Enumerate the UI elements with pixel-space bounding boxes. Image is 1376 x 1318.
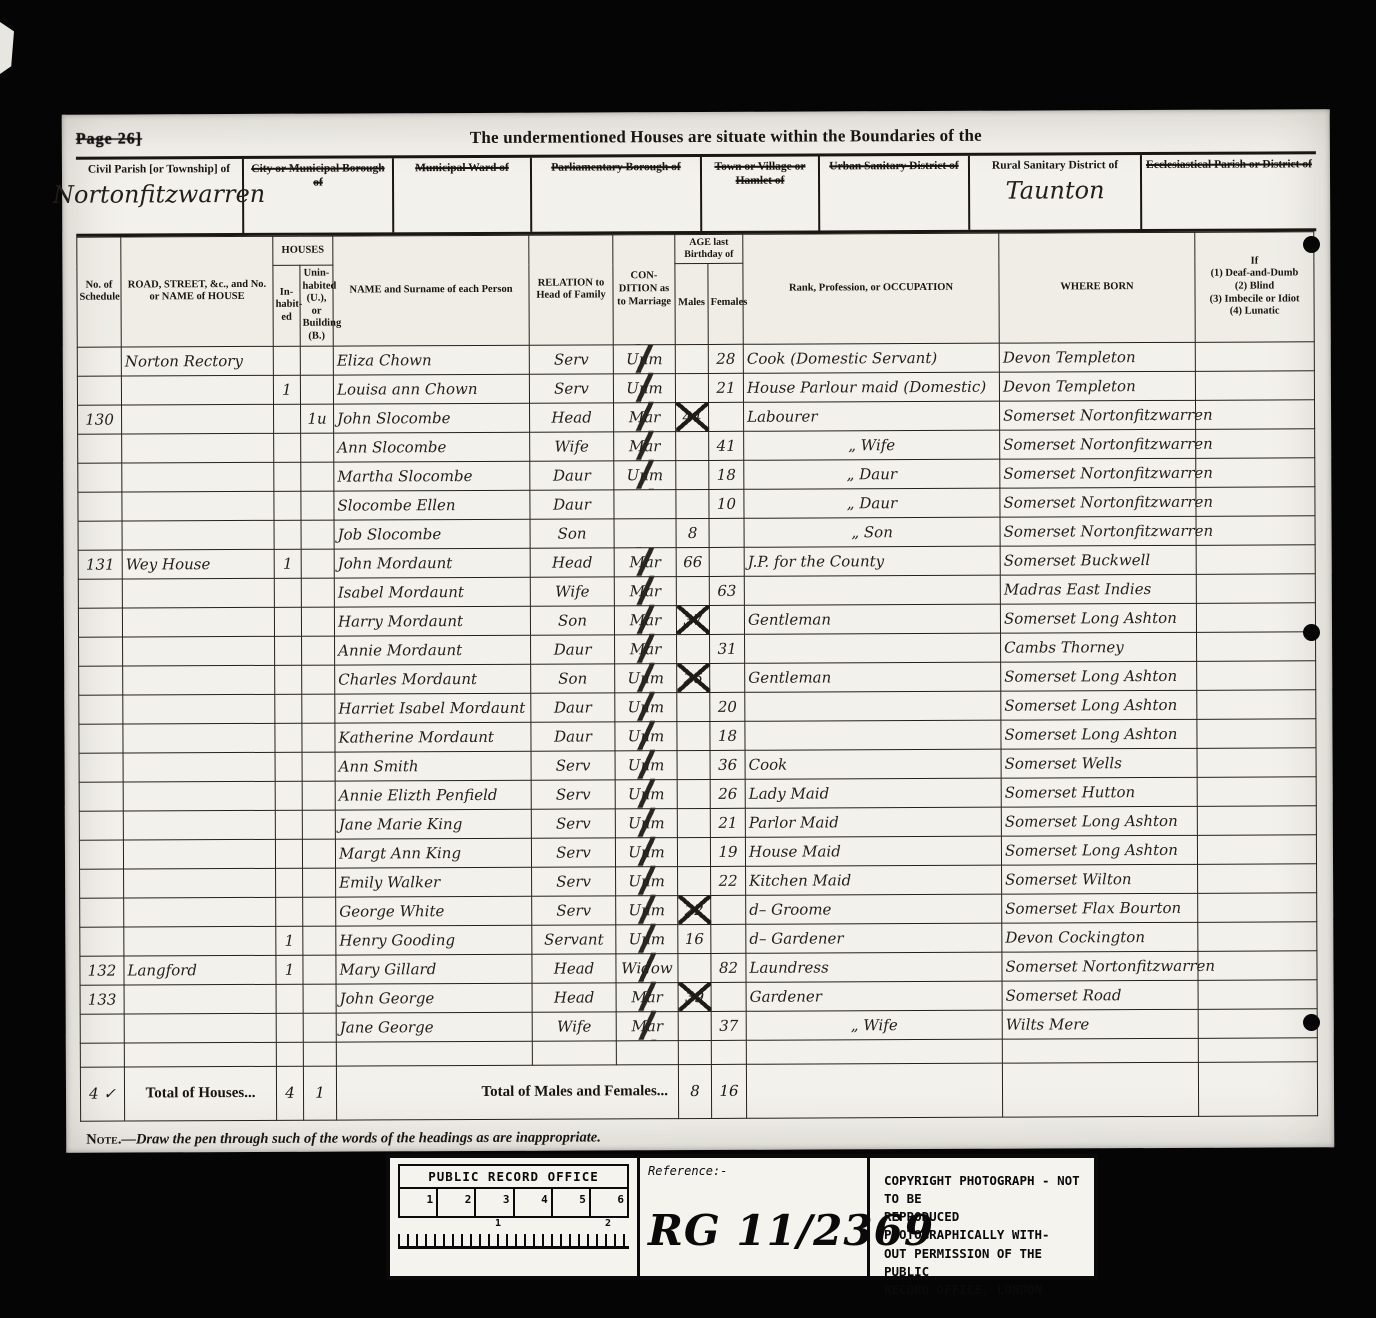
cell-age-male [677, 837, 710, 866]
field-rural-sanitary-value: Taunton [1006, 177, 1105, 205]
cell-condition: Mar [615, 634, 677, 663]
cell-uninhabited [303, 955, 336, 984]
cell-age-male [675, 373, 708, 402]
cell-uninhabited [303, 1013, 336, 1042]
cell-schedule [78, 579, 122, 608]
cell-where-born: Somerset Long Ashton [1000, 603, 1196, 633]
cell-age-female: 82 [711, 953, 746, 982]
census-page: Page 26] The undermentioned Houses are s… [62, 109, 1335, 1153]
cell-infirmity [1195, 370, 1314, 400]
pro-scale: 1 2 3 4 5 6 [398, 1187, 629, 1218]
field-civil-parish-value: Nortonfitzwarren [53, 180, 265, 209]
cell-age-male: 66 [676, 547, 709, 576]
cell-inhabited [275, 752, 302, 781]
cell-age-female: 63 [709, 576, 744, 605]
cell-age-male [678, 953, 711, 982]
cell-schedule [78, 492, 122, 521]
cell-name: George White [336, 896, 532, 926]
cell-infirmity [1197, 718, 1316, 748]
cell-road [122, 433, 274, 463]
cell-relation: Serv [531, 750, 615, 779]
cell-age-female: 21 [710, 808, 745, 837]
cell-condition: Unm [615, 808, 677, 837]
cell-age-female: 22 [711, 866, 746, 895]
cell-age-female: 26 [710, 779, 745, 808]
cell-road: Langford [124, 955, 276, 985]
cell-occupation: Gentleman [744, 604, 1000, 634]
cell-uninhabited [301, 433, 334, 462]
cell-relation: Serv [532, 866, 616, 895]
cell-where-born: Somerset Nortonfitzwarren [1000, 400, 1196, 430]
cell-age-male: 37 [676, 605, 709, 634]
cell-road [124, 868, 276, 898]
totals-blank [746, 1063, 1002, 1118]
cell-where-born: Devon Templeton [999, 342, 1195, 372]
cell-age-male [678, 866, 711, 895]
header-males: Males [675, 263, 708, 344]
cell-uninhabited [302, 723, 335, 752]
cell-inhabited [274, 433, 301, 462]
cell-road [123, 636, 275, 666]
cell-age-male [677, 634, 710, 663]
cell-road [122, 607, 274, 637]
cell-name: Mary Gillard [336, 954, 532, 984]
cell-schedule: 132 [80, 956, 124, 985]
cell-infirmity [1197, 660, 1316, 690]
header-where-born: WHERE BORN [999, 232, 1195, 342]
cell-infirmity [1198, 950, 1317, 980]
cell-age-male: 16 [678, 924, 711, 953]
cell-name: Slocombe Ellen [334, 490, 530, 520]
scale-number: 5 [553, 1189, 591, 1216]
cell-road [122, 491, 274, 521]
cell-where-born: Somerset Wilton [1002, 864, 1198, 894]
cell-infirmity [1196, 515, 1315, 545]
cell-relation: Serv [529, 344, 613, 373]
cell-name: Annie Mordaunt [335, 635, 531, 665]
cell-uninhabited [302, 665, 335, 694]
cell-name: Katherine Mordaunt [335, 722, 531, 752]
cell-age-female: 37 [711, 1011, 746, 1040]
cell-infirmity [1198, 1008, 1317, 1038]
cell-uninhabited [303, 984, 336, 1013]
pro-stamp-reference: Reference:- RG 11/2369 [640, 1158, 870, 1276]
cell-where-born: Somerset Wells [1001, 748, 1197, 778]
cell-where-born: Devon Templeton [999, 371, 1195, 401]
title-spacer [1196, 134, 1316, 135]
cell-infirmity [1196, 457, 1315, 487]
cell-occupation [745, 633, 1001, 663]
cell-condition [614, 518, 676, 547]
cell-occupation: Parlor Maid [745, 807, 1001, 837]
cell-relation: Daur [531, 692, 615, 721]
cell-uninhabited [301, 491, 334, 520]
pro-stamp-ruler: PUBLIC RECORD OFFICE 1 2 3 4 5 6 1 2 [390, 1158, 640, 1276]
cell-name: John Slocombe [334, 403, 530, 433]
cell-condition: Unm [615, 663, 677, 692]
cell-schedule [79, 637, 123, 666]
header-schedule: No. of Schedule [77, 237, 121, 347]
totals-row: 4 ✓ Total of Houses... 4 1 Total of Male… [80, 1061, 1317, 1120]
cell-inhabited [274, 520, 301, 549]
cell-where-born: Somerset Long Ashton [1001, 719, 1197, 749]
cell-uninhabited [301, 520, 334, 549]
cell-age-male: 44 [676, 402, 709, 431]
cell-occupation [744, 575, 1000, 605]
cell-relation: Serv [531, 837, 615, 866]
cell-schedule [80, 898, 124, 927]
header-occupation: Rank, Profession, or OCCUPATION [743, 233, 999, 344]
cell-relation: Head [530, 547, 614, 576]
cell-relation: Son [531, 663, 615, 692]
pro-office-name: PUBLIC RECORD OFFICE [398, 1164, 629, 1187]
cell-where-born: Somerset Nortonfitzwarren [1000, 458, 1196, 488]
scale-number: 1 [400, 1189, 438, 1216]
cell-schedule: 133 [80, 985, 124, 1014]
cell-infirmity [1198, 979, 1317, 1009]
cell-inhabited [275, 636, 302, 665]
cell-uninhabited [302, 694, 335, 723]
cell-condition: Unm [613, 344, 675, 373]
cell-where-born: Devon Cockington [1002, 922, 1198, 952]
punch-hole [1303, 236, 1320, 253]
cell-age-male [676, 460, 709, 489]
cell-inhabited [275, 665, 302, 694]
header-relation: RELATION to Head of Family [529, 235, 613, 345]
cell-age-female: 20 [710, 692, 745, 721]
cell-schedule [78, 608, 122, 637]
cell-relation: Serv [531, 808, 615, 837]
cell-condition: Mar [614, 402, 676, 431]
pro-ruler-ticks: 1 2 [398, 1220, 629, 1249]
cell-schedule [79, 753, 123, 782]
cell-name: Eliza Chown [333, 345, 529, 375]
cell-road [123, 810, 275, 840]
inch-label: 1 [493, 1218, 503, 1229]
cell-age-male: 22 [678, 895, 711, 924]
cell-age-male [677, 779, 710, 808]
page-title-bar: Page 26] The undermentioned Houses are s… [76, 117, 1316, 159]
cell-infirmity [1195, 341, 1314, 371]
cell-age-male [676, 431, 709, 460]
cell-name: Jane Marie King [335, 809, 531, 839]
cell-inhabited [275, 810, 302, 839]
cell-age-female: 31 [710, 634, 745, 663]
infirm-line: (3) Imbecile or Idiot [1198, 293, 1312, 306]
infirm-line: (4) Lunatic [1198, 305, 1312, 318]
cell-road [123, 665, 275, 695]
cell-where-born: Somerset Buckwell [1000, 545, 1196, 575]
cell-occupation: House Parlour maid (Domestic) [743, 372, 999, 402]
cell-name: Emily Walker [336, 867, 532, 897]
cell-occupation: J.P. for the County [744, 546, 1000, 576]
cell-age-male [677, 808, 710, 837]
cell-road [122, 462, 274, 492]
cell-relation: Head [532, 953, 616, 982]
cell-schedule [78, 463, 122, 492]
field-town-village: Town or Village or Hamlet of [702, 156, 820, 231]
cell-name: Harry Mordaunt [334, 606, 530, 636]
cell-name: Harriet Isabel Mordaunt [335, 693, 531, 723]
cell-condition: Widow [616, 953, 678, 982]
cell-occupation: „ Wife [744, 430, 1000, 460]
cell-age-male [675, 344, 708, 373]
inch-label: 2 [603, 1218, 613, 1229]
cell-infirmity [1196, 428, 1315, 458]
cell-infirmity [1197, 776, 1316, 806]
cell-condition: Mar [614, 431, 676, 460]
cell-uninhabited [303, 868, 336, 897]
cell-road: Wey House [122, 549, 274, 579]
cell-occupation: „ Wife [746, 1010, 1002, 1040]
cell-age-female: 21 [708, 373, 743, 402]
census-table: No. of Schedule ROAD, STREET, &c., and N… [76, 231, 1318, 1121]
cell-road: Norton Rectory [121, 346, 273, 376]
cell-where-born: Somerset Flax Bourton [1002, 893, 1198, 923]
cell-schedule: 130 [78, 405, 122, 434]
cell-uninhabited [302, 839, 335, 868]
cell-uninhabited [302, 752, 335, 781]
cell-relation: Head [532, 982, 616, 1011]
cell-inhabited [276, 1013, 303, 1042]
cell-age-male: 26 [677, 663, 710, 692]
cell-inhabited: 1 [276, 955, 303, 984]
cell-schedule [79, 811, 123, 840]
cell-inhabited: 1 [276, 926, 303, 955]
field-municipal-borough: City or Municipal Borough of [244, 158, 394, 233]
cell-road [123, 781, 275, 811]
infirm-line: If [1197, 255, 1311, 268]
cell-name: Ann Smith [335, 751, 531, 781]
cell-occupation: Laundress [746, 952, 1002, 982]
totals-houses-uninhabited: 1 [303, 1066, 336, 1120]
cell-inhabited [275, 694, 302, 723]
cell-where-born: Somerset Road [1002, 980, 1198, 1010]
cell-infirmity [1197, 805, 1316, 835]
cell-road [122, 520, 274, 550]
footer-note: Note.—Draw the pen through such of the w… [86, 1126, 1320, 1148]
cell-occupation: Cook [745, 749, 1001, 779]
cell-age-female [709, 402, 744, 431]
geography-header: Civil Parish [or Township] of Nortonfitz… [76, 154, 1316, 236]
cell-name: John Mordaunt [334, 548, 530, 578]
cell-condition: Unm [614, 460, 676, 489]
reference-value: RG 11/2369 [648, 1206, 934, 1255]
cell-age-female [709, 605, 744, 634]
cell-uninhabited [300, 346, 333, 375]
header-infirmities: If (1) Deaf-and-Dumb (2) Blind (3) Imbec… [1195, 232, 1314, 342]
header-houses: HOUSES [273, 236, 333, 265]
cell-where-born: Somerset Long Ashton [1001, 661, 1197, 691]
cell-road [121, 375, 273, 405]
cell-infirmity [1197, 631, 1316, 661]
cell-road [122, 404, 274, 434]
cell-uninhabited [300, 375, 333, 404]
cell-relation: Daur [530, 460, 614, 489]
cell-road [124, 926, 276, 956]
header-road: ROAD, STREET, &c., and No. or NAME of HO… [121, 236, 273, 346]
cell-relation: Head [530, 402, 614, 431]
cell-infirmity [1197, 689, 1316, 719]
cell-age-male [676, 576, 709, 605]
cell-where-born: Somerset Long Ashton [1001, 690, 1197, 720]
cell-occupation: „ Daur [744, 488, 1000, 518]
cell-age-male [678, 1011, 711, 1040]
cell-age-male: 39 [678, 982, 711, 1011]
totals-males-females-label: Total of Males and Females... [336, 1064, 678, 1119]
header-name: NAME and Surname of each Person [333, 235, 529, 345]
cell-uninhabited [302, 636, 335, 665]
cell-condition: Unm [615, 692, 677, 721]
header-age: AGE last Birthday of [675, 234, 743, 263]
cell-inhabited [276, 868, 303, 897]
infirm-line: (2) Blind [1197, 280, 1311, 293]
cell-where-born: Cambs Thorney [1001, 632, 1197, 662]
cell-road [123, 839, 275, 869]
cell-inhabited [275, 723, 302, 752]
cell-infirmity [1196, 602, 1315, 632]
film-frame: { "page": { "page_label": "Page 26]", "t… [0, 0, 1376, 1318]
cell-inhabited [275, 781, 302, 810]
note-word: Note. [86, 1131, 121, 1147]
cell-where-born: Somerset Nortonfitzwarren [1002, 951, 1198, 981]
header-females: Females [708, 263, 743, 344]
cell-schedule [79, 782, 123, 811]
cell-condition: Mar [614, 576, 676, 605]
cell-age-female: 18 [709, 460, 744, 489]
cell-uninhabited [302, 781, 335, 810]
cell-relation: Daur [531, 634, 615, 663]
cell-condition: Unm [616, 924, 678, 953]
punch-hole [1303, 624, 1320, 641]
cell-occupation: Labourer [744, 401, 1000, 431]
field-municipal-ward: Municipal Ward of [394, 158, 532, 233]
field-ecclesiastical: Ecclesiastical Parish or District of [1142, 154, 1316, 229]
cell-inhabited [273, 346, 300, 375]
cell-uninhabited [303, 926, 336, 955]
cell-uninhabited [301, 462, 334, 491]
cell-infirmity [1196, 544, 1315, 574]
cell-occupation [745, 691, 1001, 721]
cell-schedule [80, 869, 124, 898]
cell-occupation: Kitchen Maid [746, 865, 1002, 895]
cell-infirmity [1196, 486, 1315, 516]
cell-name: Job Slocombe [334, 519, 530, 549]
cell-relation: Serv [529, 373, 613, 402]
field-civil-parish-label: Civil Parish [or Township] of [88, 162, 230, 177]
cell-where-born: Somerset Nortonfitzwarren [1000, 429, 1196, 459]
cell-inhabited [274, 607, 301, 636]
header-uninhabited: Unin-habited (U.), or Building (B.) [300, 265, 333, 346]
cell-road [123, 723, 275, 753]
field-rural-sanitary: Rural Sanitary District of Taunton [970, 155, 1142, 230]
cell-condition: Unm [616, 866, 678, 895]
scale-number: 3 [476, 1189, 514, 1216]
page-title: The undermentioned Houses are situate wi… [256, 125, 1196, 149]
cell-occupation: d– Groome [746, 894, 1002, 924]
cell-name: Henry Gooding [336, 925, 532, 955]
cell-inhabited: 1 [273, 375, 300, 404]
cell-schedule [79, 666, 123, 695]
cell-schedule [80, 1014, 124, 1043]
cell-infirmity [1197, 834, 1316, 864]
cell-condition: Mar [614, 605, 676, 634]
cell-age-female [711, 982, 746, 1011]
table-body: Norton Rectory Eliza Chown Serv Unm 28 C… [77, 341, 1317, 1042]
cell-age-male [677, 692, 710, 721]
cell-road [123, 752, 275, 782]
cell-age-female: 19 [710, 837, 745, 866]
cell-condition: Unm [615, 779, 677, 808]
cell-relation: Serv [531, 779, 615, 808]
field-municipal-borough-label: City or Municipal Borough of [248, 161, 388, 190]
cell-schedule [79, 695, 123, 724]
cell-name: Louisa ann Chown [333, 374, 529, 404]
cell-relation: Servant [532, 924, 616, 953]
cell-age-male: 8 [676, 518, 709, 547]
cell-schedule [78, 434, 122, 463]
cell-name: Margt Ann King [335, 838, 531, 868]
cell-condition: Unm [615, 750, 677, 779]
cell-uninhabited [301, 578, 334, 607]
cell-relation: Son [530, 605, 614, 634]
cell-age-female [709, 518, 744, 547]
cell-where-born: Madras East Indies [1000, 574, 1196, 604]
copyright-line: RECORD OFFICE, LONDON [884, 1281, 1084, 1299]
field-urban-sanitary: Urban Sanitary District of [820, 156, 970, 231]
cell-name: Ann Slocombe [334, 432, 530, 462]
cell-relation: Daur [531, 721, 615, 750]
cell-road [124, 984, 276, 1014]
cell-uninhabited [301, 607, 334, 636]
cell-where-born: Somerset Hutton [1001, 777, 1197, 807]
cell-inhabited [276, 984, 303, 1013]
infirm-line: (1) Deaf-and-Dumb [1197, 268, 1311, 281]
cell-age-female: 10 [709, 489, 744, 518]
cell-inhabited [274, 491, 301, 520]
cell-road [123, 694, 275, 724]
cell-age-female: 28 [708, 344, 743, 373]
cell-condition: Unm [615, 721, 677, 750]
cell-inhabited [275, 839, 302, 868]
cell-road [124, 1013, 276, 1043]
cell-uninhabited [301, 549, 334, 578]
cell-relation: Wife [530, 576, 614, 605]
cell-age-male [676, 489, 709, 518]
totals-blank [1002, 1062, 1198, 1117]
cell-inhabited [276, 897, 303, 926]
cell-occupation: Lady Maid [745, 778, 1001, 808]
cell-name: Annie Elizth Penfield [335, 780, 531, 810]
cell-road [124, 897, 276, 927]
pro-stamp: PUBLIC RECORD OFFICE 1 2 3 4 5 6 1 2 Ref… [386, 1154, 1098, 1280]
cell-occupation: Gardener [746, 981, 1002, 1011]
punch-hole [1303, 1014, 1320, 1031]
totals-margin: 4 ✓ [80, 1067, 124, 1121]
cell-uninhabited [302, 810, 335, 839]
cell-where-born: Somerset Long Ashton [1001, 806, 1197, 836]
cell-relation: Wife [530, 431, 614, 460]
cell-infirmity [1196, 399, 1315, 429]
cell-relation: Daur [530, 489, 614, 518]
cell-road [122, 578, 274, 608]
field-parliamentary-borough: Parliamentary Borough of [532, 157, 702, 232]
scale-number: 6 [591, 1189, 627, 1216]
totals-blank [1198, 1061, 1317, 1116]
field-urban-sanitary-label: Urban Sanitary District of [829, 159, 958, 174]
cell-age-female [710, 663, 745, 692]
cell-inhabited [274, 462, 301, 491]
